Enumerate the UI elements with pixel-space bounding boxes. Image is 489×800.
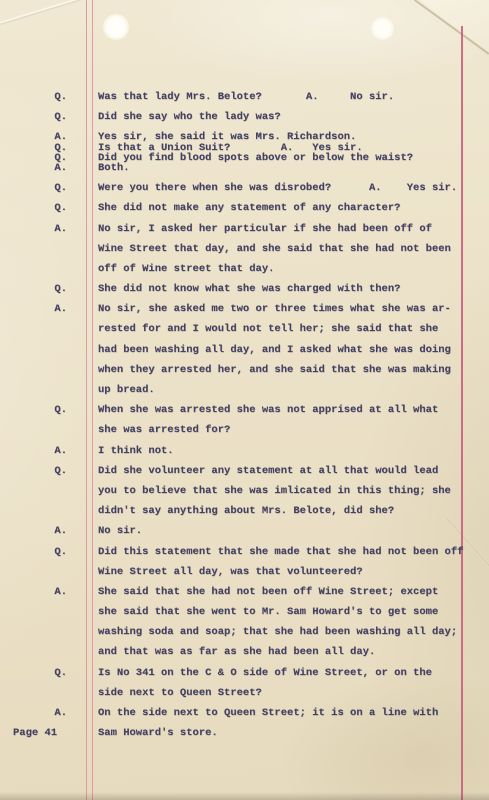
transcript-text: Did she say who the lady was? [98,111,281,123]
speaker-label: A. [0,445,67,457]
transcript-text: No sir, I asked her particular if she ha… [98,223,432,235]
transcript-text: I think not. [98,445,174,457]
paper-crease-top-left [0,0,92,27]
transcript: Q.Was that lady Mrs. Belote? A. No sir.Q… [0,91,489,747]
transcript-text: On the side next to Queen Street; it is … [98,707,438,719]
speaker-label: A. [0,525,67,537]
speaker-label: Q. [0,91,67,103]
transcript-text: No sir, she asked me two or three times … [98,303,451,315]
transcript-line: Page 41Sam Howard's store. [0,727,489,747]
transcript-line: Q.Was that lady Mrs. Belote? A. No sir. [0,91,489,111]
transcript-line: Q.Were you there when she was disrobed? … [0,182,489,202]
transcript-text: Did she volunteer any statement at all t… [98,465,438,477]
transcript-line: up bread. [0,384,489,404]
transcript-line: and that was as far as she had been all … [0,646,489,666]
transcript-text: off of Wine street that day. [98,263,274,275]
document-page: Q.Was that lady Mrs. Belote? A. No sir.Q… [0,0,489,800]
transcript-line: you to believe that she was imlicated in… [0,485,489,505]
transcript-line: A.She said that she had not been off Win… [0,586,489,606]
transcript-text: Sam Howard's store. [98,727,218,739]
transcript-line: Q.She did not make any statement of any … [0,202,489,222]
speaker-label: Q. [0,111,67,123]
transcript-text: No sir. [98,525,142,537]
transcript-line: A.No sir. [0,525,489,545]
transcript-text: Wine Street that day, and she said that … [98,243,451,255]
transcript-line: she was arrested for? [0,424,489,444]
transcript-line: Q.She did not know what she was charged … [0,283,489,303]
transcript-line: when they arrested her, and she said tha… [0,364,489,384]
scan-edge-shadow [0,792,489,800]
transcript-text: rested for and I would not tell her; she… [98,323,438,335]
transcript-text: Is No 341 on the C & O side of Wine Stre… [98,667,432,679]
speaker-label: A. [0,586,67,598]
transcript-text: when they arrested her, and she said tha… [98,364,451,376]
speaker-label: Q. [0,404,67,416]
speaker-label: Q. [0,182,67,194]
transcript-line: off of Wine street that day. [0,263,489,283]
transcript-line: Q.Did this statement that she made that … [0,546,489,566]
transcript-text: She did not know what she was charged wi… [98,283,400,295]
transcript-text: she was arrested for? [98,424,230,436]
transcript-line: Q.Did you find blood spots above or belo… [0,152,489,162]
transcript-text: Wine Street all day, was that volunteere… [98,566,363,578]
transcript-line: washing soda and soap; that she had been… [0,626,489,646]
speaker-label: Q. [0,546,67,558]
transcript-line: A.No sir, she asked me two or three time… [0,303,489,323]
transcript-line: Q.Did she volunteer any statement at all… [0,465,489,485]
transcript-line: A.Yes sir, she said it was Mrs. Richards… [0,131,489,141]
transcript-line: rested for and I would not tell her; she… [0,323,489,343]
transcript-line: Q.Did she say who the lady was? [0,111,489,131]
speaker-label: A. [0,707,67,719]
page-number-label: Page 41 [0,727,67,739]
transcript-text: side next to Queen Street? [98,687,262,699]
transcript-text: She did not make any statement of any ch… [98,202,400,214]
punch-hole [371,17,394,40]
transcript-text: Did you find blood spots above or below … [98,152,413,164]
transcript-line: side next to Queen Street? [0,687,489,707]
transcript-text: She said that she had not been off Wine … [98,586,438,598]
transcript-line: A.On the side next to Queen Street; it i… [0,707,489,727]
transcript-line: A.Both. [0,162,489,182]
transcript-text: washing soda and soap; that she had been… [98,626,457,638]
speaker-label: Q. [0,283,67,295]
transcript-line: Wine Street all day, was that volunteere… [0,566,489,586]
punch-hole [103,14,129,40]
transcript-text: Were you there when she was disrobed? A.… [98,182,457,194]
transcript-text: you to believe that she was imlicated in… [98,485,451,497]
transcript-text: Both. [98,162,130,174]
transcript-line: Q.When she was arrested she was not appr… [0,404,489,424]
transcript-line: didn't say anything about Mrs. Belote, d… [0,505,489,525]
transcript-text: didn't say anything about Mrs. Belote, d… [98,505,394,517]
transcript-text: Did this statement that she made that sh… [98,546,463,558]
transcript-text: Was that lady Mrs. Belote? A. No sir. [98,91,394,103]
speaker-label: Q. [0,465,67,477]
transcript-text: had been washing all day, and I asked wh… [98,344,451,356]
speaker-label: A. [0,162,67,174]
transcript-line: had been washing all day, and I asked wh… [0,344,489,364]
speaker-label: A. [0,303,67,315]
transcript-line: A.I think not. [0,445,489,465]
transcript-text: When she was arrested she was not appris… [98,404,438,416]
transcript-line: she said that she went to Mr. Sam Howard… [0,606,489,626]
transcript-text: she said that she went to Mr. Sam Howard… [98,606,438,618]
transcript-text: and that was as far as she had been all … [98,646,375,658]
transcript-line: Q.Is No 341 on the C & O side of Wine St… [0,667,489,687]
transcript-text: up bread. [98,384,155,396]
transcript-line: Wine Street that day, and she said that … [0,243,489,263]
transcript-line: A.No sir, I asked her particular if she … [0,223,489,243]
speaker-label: A. [0,223,67,235]
speaker-label: Q. [0,202,67,214]
speaker-label: Q. [0,667,67,679]
transcript-line: Q.Is that a Union Suit? A. Yes sir. [0,142,489,152]
